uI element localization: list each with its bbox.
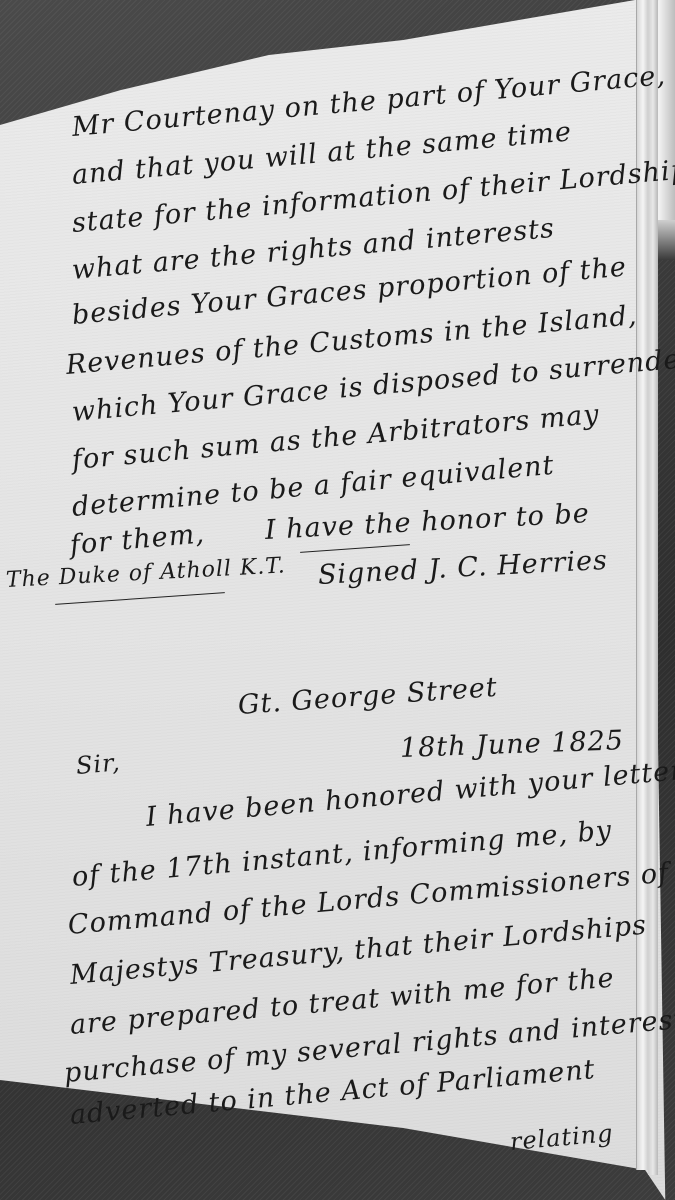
letter2-salutation: Sir, bbox=[75, 748, 122, 780]
